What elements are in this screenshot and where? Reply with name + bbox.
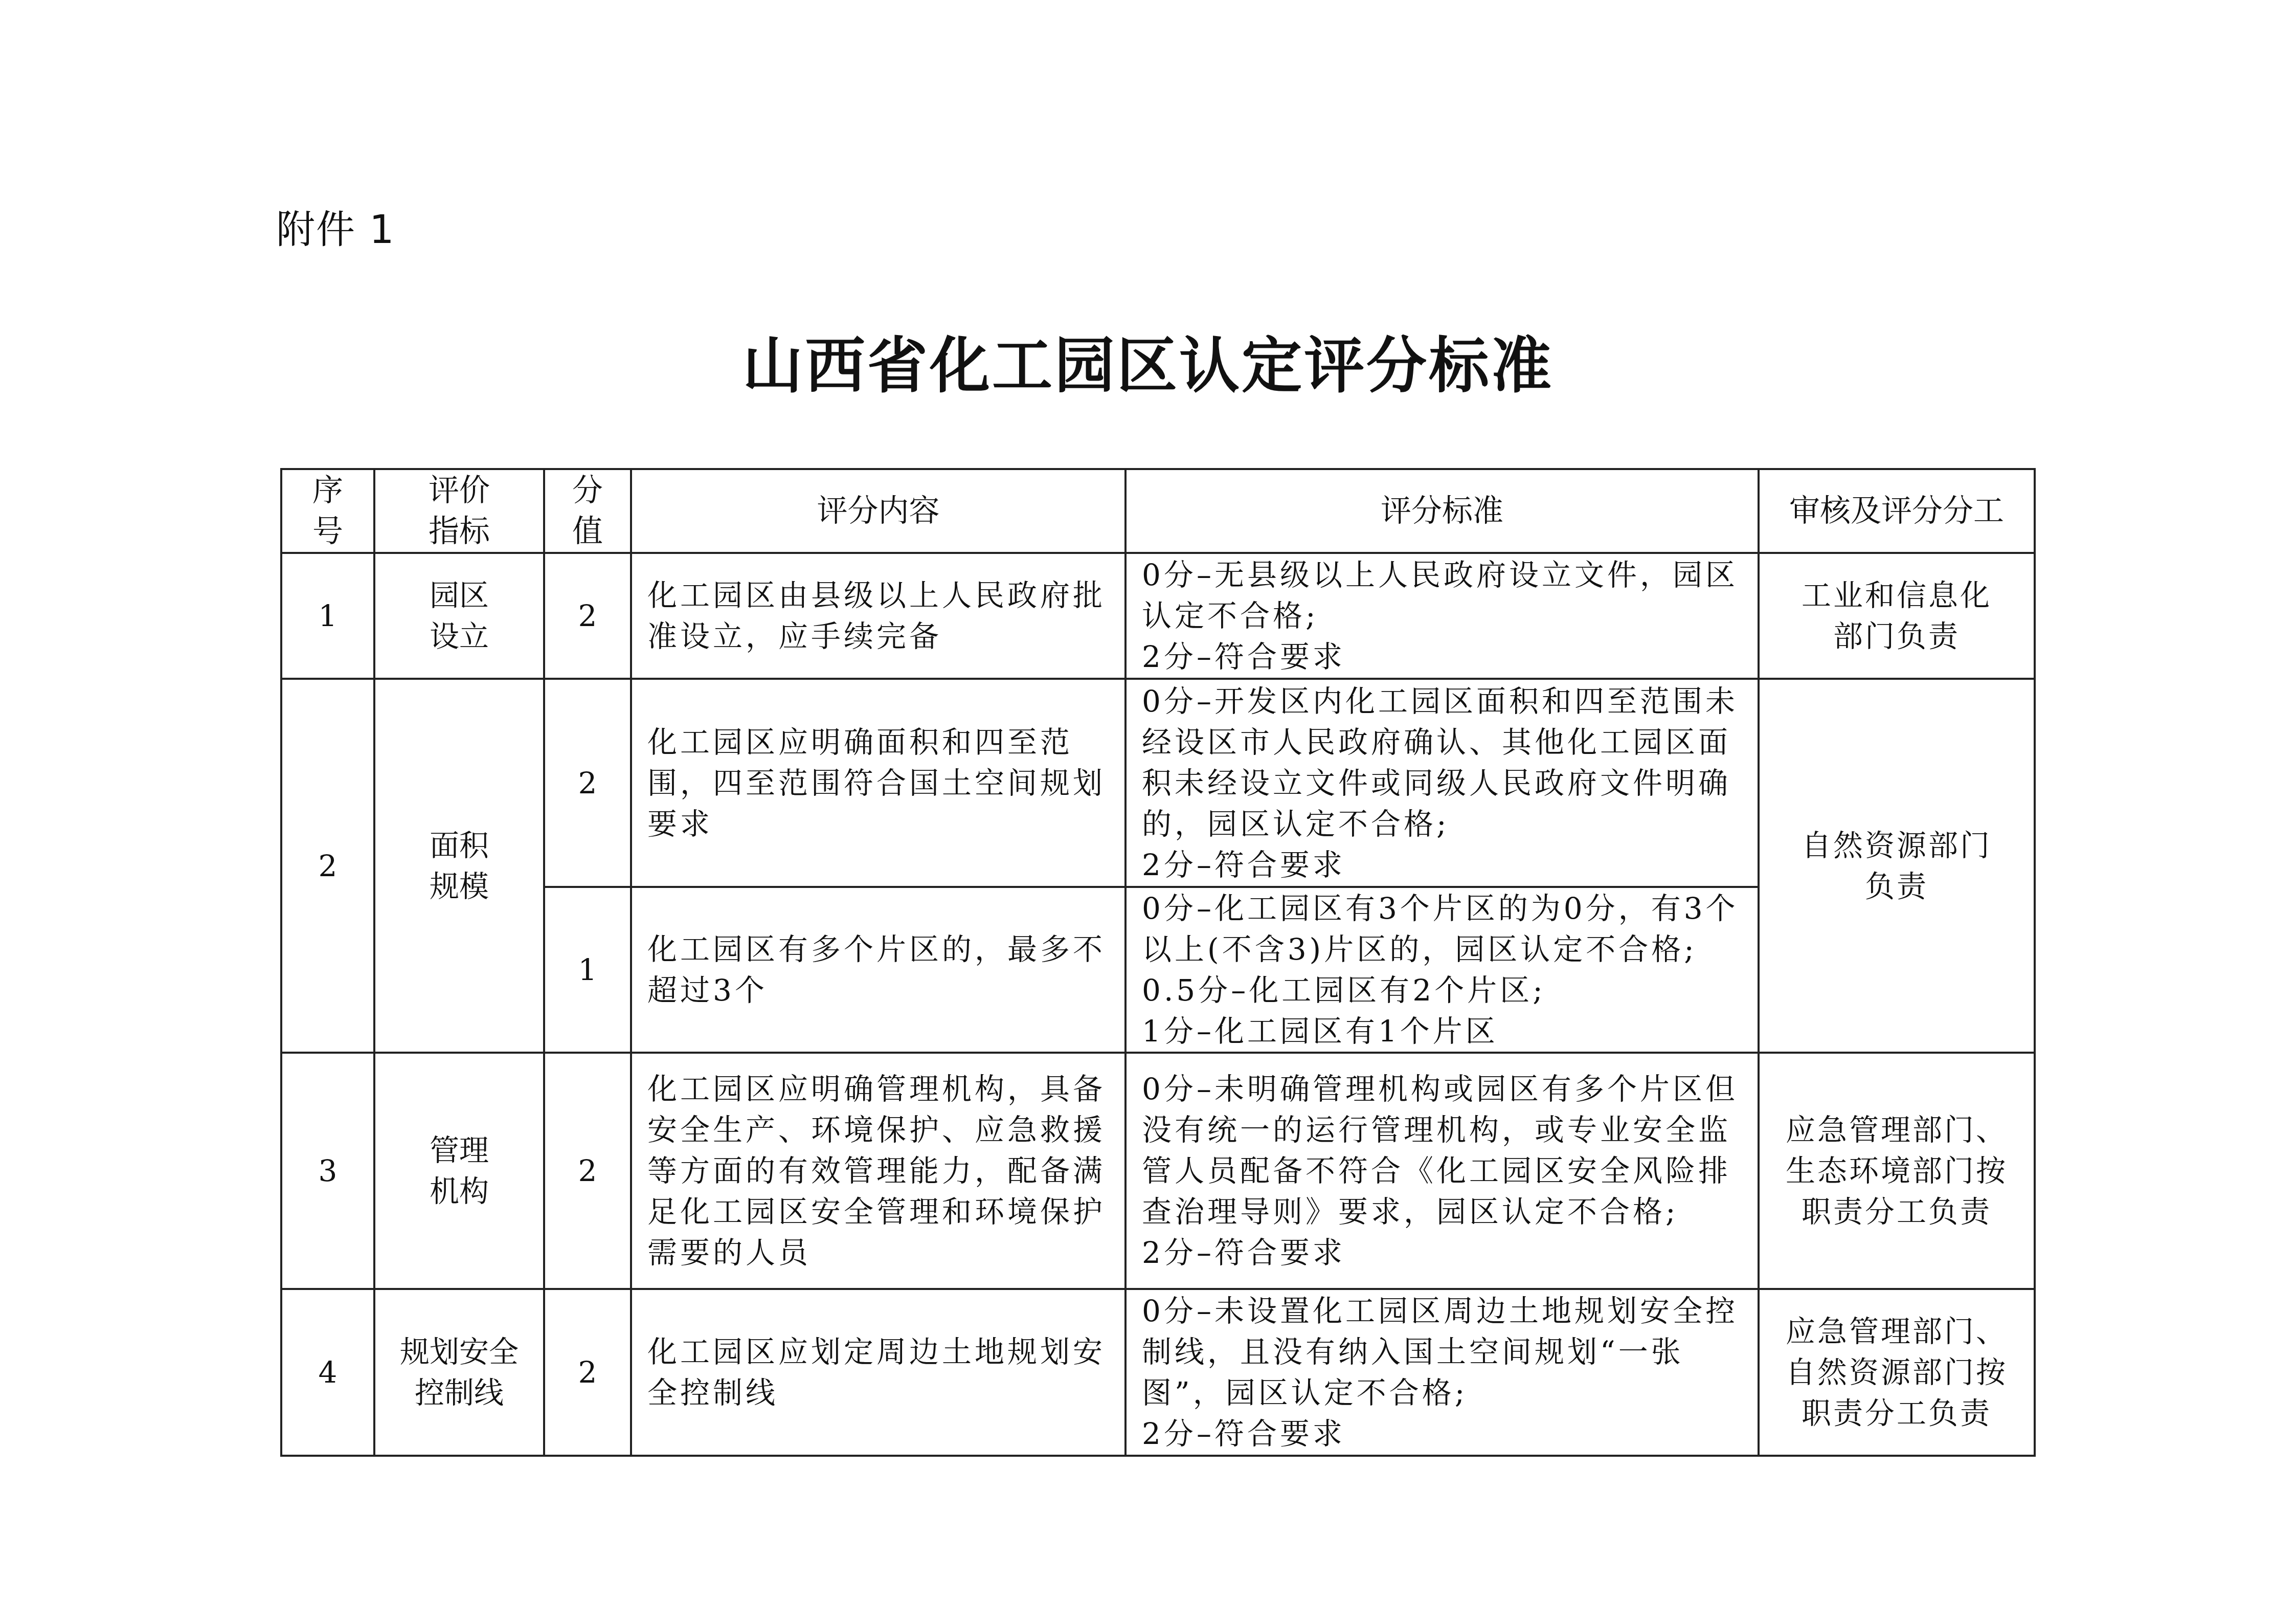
col-header-content: 评分内容 — [631, 469, 1126, 553]
row-indicator: 规划安全 控制线 — [374, 1289, 544, 1456]
row-content: 化工园区有多个片区的，最多不超过3个 — [631, 887, 1126, 1053]
col-header-no: 序 号 — [281, 469, 374, 553]
row-no: 3 — [281, 1053, 374, 1289]
attachment-label: 附件 1 — [276, 198, 395, 254]
row-indicator: 管理 机构 — [374, 1053, 544, 1289]
table-row: 2 面积 规模 2 化工园区应明确面积和四至范围，四至范围符合国土空间规划要求 … — [281, 679, 2035, 887]
row-no: 1 — [281, 553, 374, 679]
col-header-department: 审核及评分分工 — [1759, 469, 2035, 553]
col-header-score: 分 值 — [544, 469, 631, 553]
row-content: 化工园区应明确面积和四至范围，四至范围符合国土空间规划要求 — [631, 679, 1126, 887]
table-row: 3 管理 机构 2 化工园区应明确管理机构，具备安全生产、环境保护、应急救援等方… — [281, 1053, 2035, 1289]
row-indicator: 园区 设立 — [374, 553, 544, 679]
row-indicator: 面积 规模 — [374, 679, 544, 1053]
row-score: 2 — [544, 679, 631, 887]
scoring-table: 序 号 评价 指标 分 值 评分内容 评分标准 审核及评分分工 1 园区 设立 … — [280, 468, 2036, 1457]
row-score: 1 — [544, 887, 631, 1053]
row-department: 应急管理部门、 自然资源部门按 职责分工负责 — [1759, 1289, 2035, 1456]
row-content: 化工园区应划定周边土地规划安全控制线 — [631, 1289, 1126, 1456]
row-content: 化工园区由县级以上人民政府批准设立，应手续完备 — [631, 553, 1126, 679]
row-department: 工业和信息化 部门负责 — [1759, 553, 2035, 679]
row-standard: 0分–无县级以上人民政府设立文件，园区认定不合格; 2分–符合要求 — [1126, 553, 1759, 679]
row-standard: 0分–未设置化工园区周边土地规划安全控制线，且没有纳入国土空间规划“一张图”，园… — [1126, 1289, 1759, 1456]
table-row: 1 园区 设立 2 化工园区由县级以上人民政府批准设立，应手续完备 0分–无县级… — [281, 553, 2035, 679]
page-title: 山西省化工园区认定评分标准 — [0, 317, 2296, 404]
row-department: 应急管理部门、 生态环境部门按 职责分工负责 — [1759, 1053, 2035, 1289]
row-standard: 0分–未明确管理机构或园区有多个片区但没有统一的运行管理机构，或专业安全监管人员… — [1126, 1053, 1759, 1289]
row-score: 2 — [544, 1289, 631, 1456]
row-no: 4 — [281, 1289, 374, 1456]
col-header-indicator: 评价 指标 — [374, 469, 544, 553]
table-row: 4 规划安全 控制线 2 化工园区应划定周边土地规划安全控制线 0分–未设置化工… — [281, 1289, 2035, 1456]
row-department: 自然资源部门 负责 — [1759, 679, 2035, 1053]
row-score: 2 — [544, 553, 631, 679]
row-content: 化工园区应明确管理机构，具备安全生产、环境保护、应急救援等方面的有效管理能力，配… — [631, 1053, 1126, 1289]
row-standard: 0分–化工园区有3个片区的为0分，有3个以上(不含3)片区的，园区认定不合格; … — [1126, 887, 1759, 1053]
table-header-row: 序 号 评价 指标 分 值 评分内容 评分标准 审核及评分分工 — [281, 469, 2035, 553]
row-score: 2 — [544, 1053, 631, 1289]
row-no: 2 — [281, 679, 374, 1053]
row-standard: 0分–开发区内化工园区面积和四至范围未经设区市人民政府确认、其他化工园区面积未经… — [1126, 679, 1759, 887]
col-header-standard: 评分标准 — [1126, 469, 1759, 553]
